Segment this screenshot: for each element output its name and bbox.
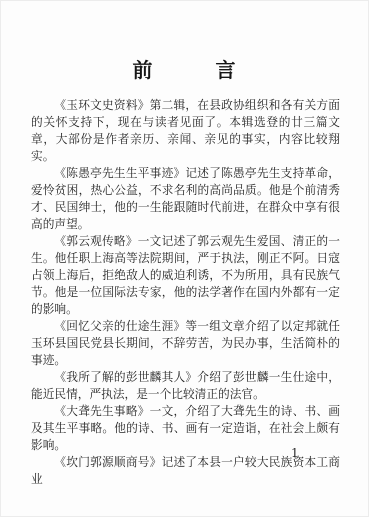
- page-title-char-left: 前: [133, 54, 154, 83]
- paragraph: 《玉环文史资料》第二辑，在县政协组织和各有关方面的关怀支持下，现在与读者见面了。…: [31, 97, 340, 165]
- paragraph: 《回忆父亲的仕途生涯》等一组文章介绍了以定邦就任玉环县国民党县长期间，不辞劳苦，…: [31, 318, 340, 369]
- page-title: 前 言: [0, 54, 369, 83]
- paragraph: 《陈愚亭先生生平事迹》记述了陈愚亭先生支持革命，爱怜贫困，热心公益，不求名利的高…: [31, 165, 340, 233]
- paragraph: 《我所了解的彭世麟其人》介绍了彭世麟一生仕途中，能近民情，严执法，是一个比较清正…: [31, 369, 340, 403]
- preface-body: 《玉环文史资料》第二辑，在县政协组织和各有关方面的关怀支持下，现在与读者见面了。…: [31, 97, 340, 488]
- page-title-char-right: 言: [216, 54, 237, 83]
- paragraph: 《郭云观传略》一文记述了郭云观先生爱国、清正的一生。他任职上海高等法院期间，严于…: [31, 233, 340, 318]
- page-number: 1: [291, 446, 299, 460]
- scanned-page: 前 言 《玉环文史资料》第二辑，在县政协组织和各有关方面的关怀支持下，现在与读者…: [0, 0, 369, 517]
